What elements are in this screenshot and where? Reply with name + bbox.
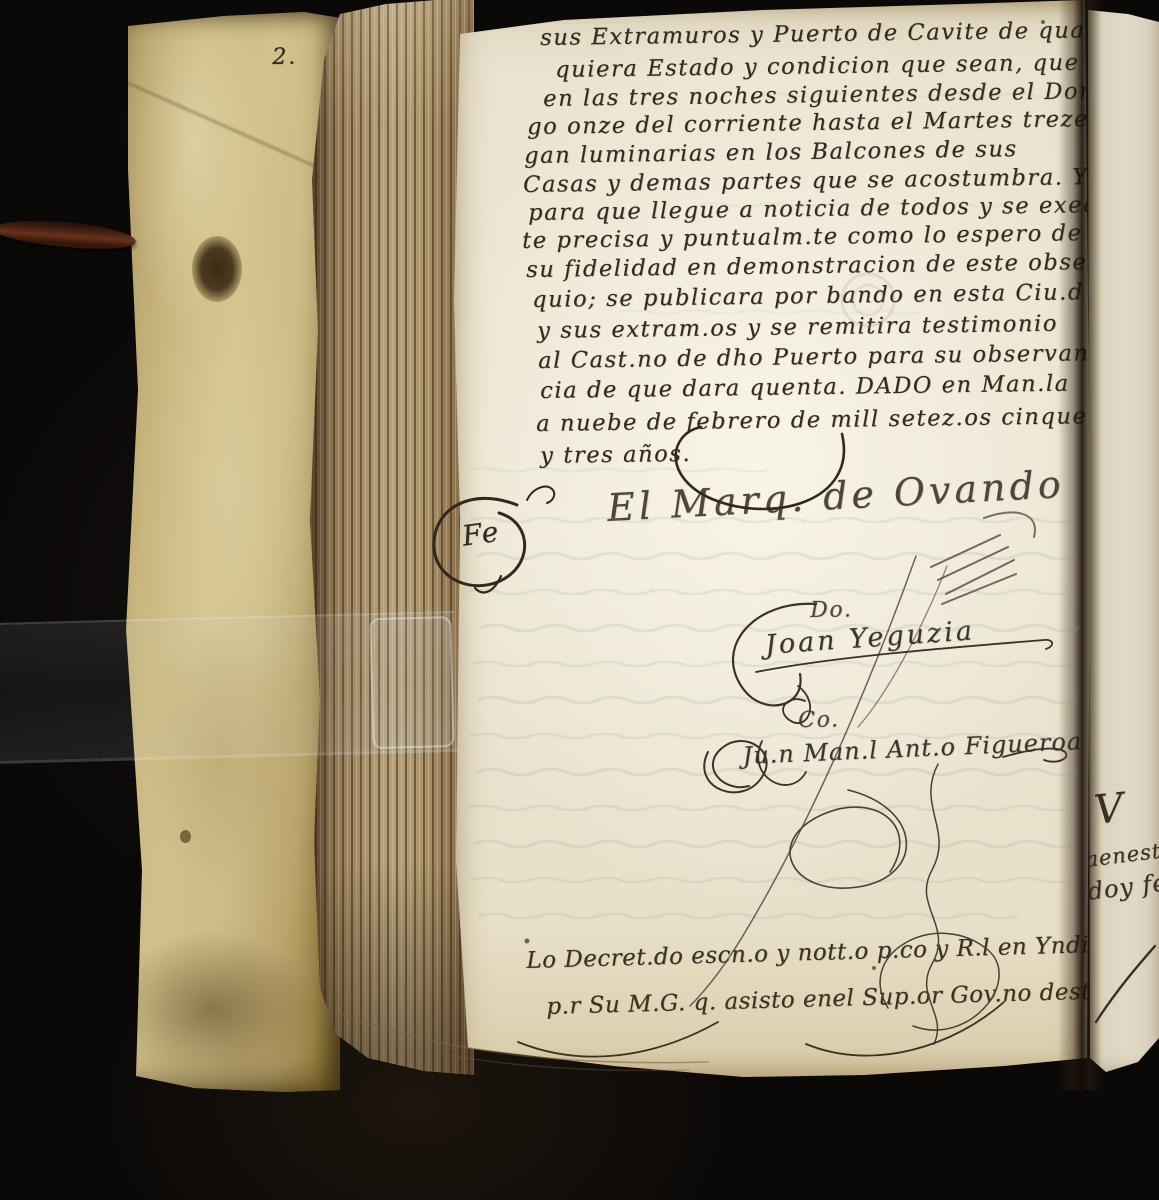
manuscript-line: y tres años. <box>540 441 691 469</box>
manuscript-line: cia de que dara quenta. DADO en Man.la <box>540 371 1070 404</box>
countersign-signature: Ju.n Man.l Ant.o Figueroa <box>742 727 1083 770</box>
plastic-strip <box>0 611 458 764</box>
manuscript-line: y sus extram.os y se remitira testimonio <box>537 311 1058 344</box>
gutter-shadow <box>1058 0 1102 1090</box>
speck-stain <box>180 830 191 843</box>
strip-endcap <box>369 616 454 749</box>
photo-scene: 2. sus Extramuros y Puerto de Cavite de … <box>0 0 1159 1200</box>
leather-tie <box>0 217 137 252</box>
manuscript-line: quiera Estado y condicion que sean, que <box>555 50 1080 83</box>
vellum-cover: 2. <box>104 10 340 1096</box>
manuscript-page: sus Extramuros y Puerto de Cavite de qua… <box>444 0 1094 1092</box>
manuscript-line: gan luminarias en los Balcones de sus <box>524 136 1018 169</box>
damp-stain <box>108 930 318 1090</box>
notary-line: Lo Decret.do escn.o y nott.o p.co y R.l … <box>526 932 1116 974</box>
governor-signature: El Marq. de Ovando <box>606 462 1066 530</box>
manuscript-line: sus Extramuros y Puerto de Cavite de qua… <box>540 17 1094 51</box>
manuscript-line: su fidelidad en demonstracion de este ob… <box>526 249 1088 283</box>
manuscript-line: a nuebe de febrero de mill setez.os cinq… <box>536 403 1129 437</box>
manuscript-line: te precisa y puntualm.te como lo espero … <box>522 220 1083 254</box>
page-number-mark: 2. <box>272 44 297 70</box>
manuscript-line: al Cast.no de dho Puerto para su observa… <box>538 340 1090 374</box>
secretary-abbreviation: Do. <box>810 597 853 623</box>
countersign-abbreviation: Co. <box>798 707 840 733</box>
fore-edge <box>306 0 474 1075</box>
secretary-signature: Joan Yeguzia <box>764 615 976 661</box>
ink-stain <box>192 236 242 302</box>
closing-paraph: Fe <box>460 515 502 553</box>
manuscript-line: quio; se publicara por bando en esta Ciu… <box>532 279 1084 313</box>
